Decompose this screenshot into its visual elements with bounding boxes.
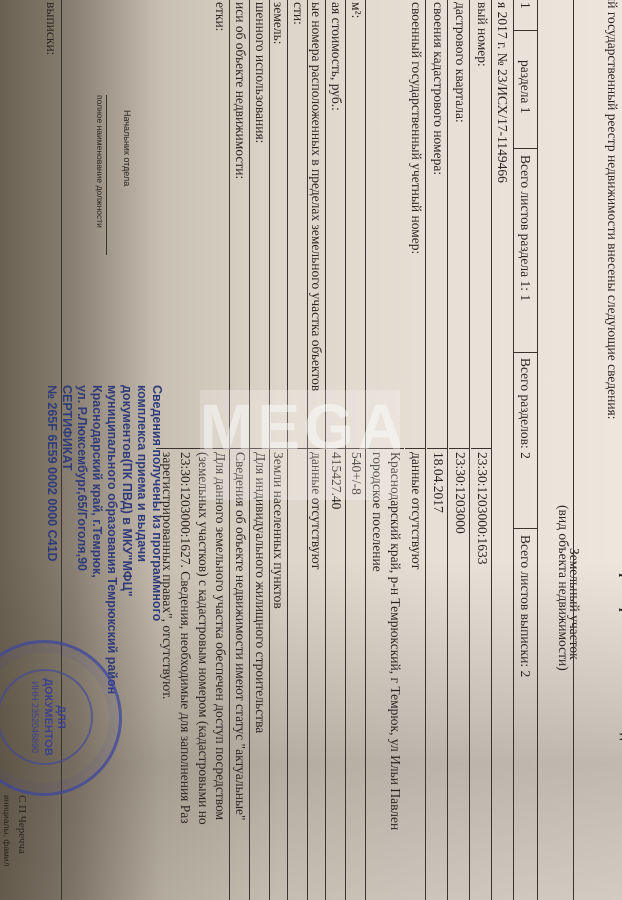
blue-stamp-line: № 265F 6E59 0002 0000 C41D [44,385,59,645]
field-value: Краснодарский край, р-н Темрюкский, г Те… [387,452,403,830]
extract-label: выписки: [43,2,59,55]
field-label: иси об объекте недвижимости: [232,2,248,179]
field-label: ые номера расположенных в пределах земел… [308,2,324,391]
field-row: дастрового квартала:23:30:1203000 [449,0,470,900]
signature-caption: полное наименование должности [95,95,107,255]
field-value: Сведения об объекте недвижимости имеют с… [232,452,248,821]
blue-stamp: Сведения получены из программногокомплек… [44,385,164,645]
field-label: сти: [290,2,306,25]
field-label: м²: [348,2,364,18]
object-type-caption: (вид объекта недвижимости) [555,505,571,671]
field-label: дастрового квартала: [452,2,468,123]
field-value: (земельных участков) с кадастровым номер… [195,452,211,825]
field-value: 18.04.2017 [430,452,446,513]
total-sheets: Всего листов выписки: 2 [517,535,533,677]
field-value: 23:30:1203000:1627. Сведения, необходимы… [177,452,193,824]
blue-stamp-line: документов(ПК ПВД) в МКУ"МФЦ" [119,385,134,645]
total-sections: Всего разделов: 2 [517,358,533,459]
field-row: своения кадастрового номера:18.04.2017 [427,0,448,900]
signature-name-caption: инициалы, фамил [2,795,12,867]
blue-stamp-line: ул. Р.Люксембург,65/Гоголя,90 [74,385,89,645]
field-label: земель: [270,2,286,45]
sheet-info-row: 1 раздела 1 Всего листов раздела 1: 1 Вс… [513,0,538,900]
document-number: я 2017 г. № 23/ИСХ/17-1149466 [494,2,510,183]
blue-stamp-line: СЕРТИФИКАТ [59,385,74,645]
seal-center: ДЛЯ ДОКУМЕНТОВ [41,677,67,757]
blue-stamp-line: Краснодарский край, г.Темрюк, [89,385,104,645]
field-value: зарегистрированных правах", отсутствуют. [159,452,175,699]
field-label: шенного использования: [252,2,268,143]
field-value: данные отсутствуют [408,452,424,569]
seal-inn: ИНН 2352046890 [28,677,41,757]
header-line: ий государственный реестр недвижимости в… [604,0,620,420]
field-label: етки: [212,2,228,31]
header-right: характеристиках объекта недвижимости [618,560,622,809]
round-seal: ДЛЯ ДОКУМЕНТОВ ИНН 2352046890 [0,640,122,796]
field-label: вый номер: [474,2,490,67]
watermark: MEGA [200,390,400,500]
field-label: ая стоимость, руб.: [328,2,344,111]
field-row: зарегистрированных правах", отсутствуют. [156,0,176,900]
field-row: своенный государственный учетный номер:д… [405,0,426,900]
signature-position: Начальник отдела [122,110,132,186]
field-row: вый номер:23:30:1203000:1633 [471,0,492,900]
field-row: 23:30:1203000:1627. Сведения, необходимы… [174,0,194,900]
field-value: Для данного земельного участка обеспечен… [212,452,228,820]
field-label: своенный государственный учетный номер: [408,2,424,254]
field-value: 23:30:1203000 [452,452,468,534]
signature-name: С П Черечча [16,795,28,854]
blue-stamp-line: комплекса приема и выдачи [134,385,149,645]
sheets-in-section: Всего листов раздела 1: 1 [517,155,533,301]
section-label: раздела 1 [517,60,533,114]
field-label: своения кадастрового номера: [430,2,446,175]
blue-stamp-line: муниципального образования Темрюкский ра… [104,385,119,645]
field-value: 23:30:1203000:1633 [474,452,490,565]
